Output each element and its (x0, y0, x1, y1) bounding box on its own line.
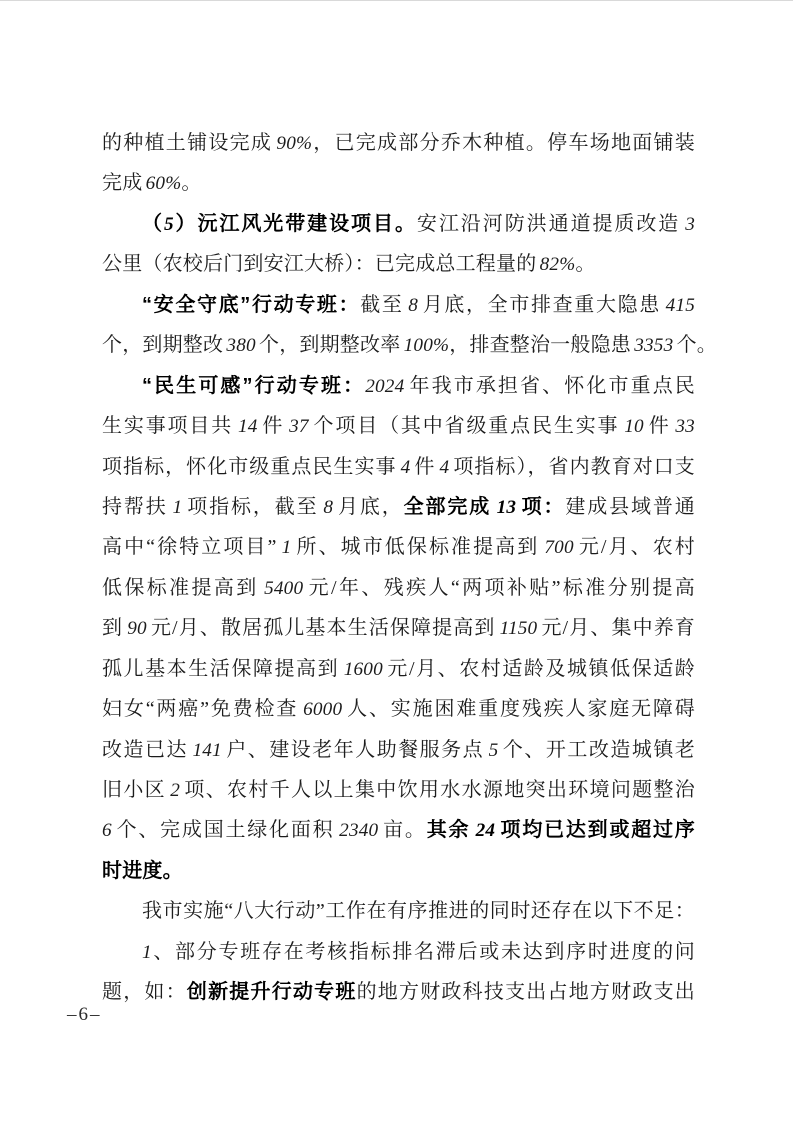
body-text: 户、建设老年人助餐服务点 (222, 739, 489, 761)
body-text: 的种植土铺设完成 (102, 132, 276, 154)
body-text: 2 (170, 780, 180, 801)
body-text: 个，到期整改 (102, 334, 226, 356)
body-text: 1150 (500, 618, 538, 639)
body-text: 项指标），省内教育对口支 (449, 456, 695, 478)
body-text: ，排查整治一般隐患 (449, 334, 634, 356)
body-text: 10 (624, 416, 644, 437)
body-text: 14 (238, 416, 258, 437)
body-text: 件 (258, 415, 290, 437)
emphasis-text: 24 (476, 820, 496, 841)
emphasis-text: 创新提升行动专班 (187, 981, 357, 1003)
body-text: 37 (289, 416, 309, 437)
body-text: 2340 (339, 820, 378, 841)
body-text: 2024 (365, 376, 404, 397)
page-number: –6– (67, 1004, 102, 1026)
body-text: 415 (666, 295, 695, 316)
text-line: 个，到期整改 380 个，到期整改率 100%，排查整治一般隐患 3353 个。 (102, 325, 695, 365)
emphasis-text: 其余 (427, 819, 476, 841)
body-text: 8 (408, 295, 418, 316)
body-text: 、部分专班存在考核指标排名滞后或未达到序时进度的问 (152, 941, 695, 963)
body-text: 到 (102, 617, 127, 639)
emphasis-text: 5 (164, 214, 174, 235)
body-text: 个。 (673, 334, 717, 356)
body-text: 5400 (264, 578, 303, 599)
body-text: 生实事项目共 (102, 415, 238, 437)
body-text: 完成 (102, 172, 146, 194)
body-text: 项、农村千人以上集中饮用水水源地突出环境问题整治 (180, 779, 695, 801)
text-line: 到 90 元/月、散居孤儿基本生活保障提高到 1150 元/月、集中养育 (102, 608, 695, 648)
text-line: “安全守底”行动专班：截至 8 月底，全市排查重大隐患 415 (102, 285, 695, 325)
text-line: 持帮扶 1 项指标，截至 8 月底，全部完成 13 项：建成县域普通 (102, 487, 695, 527)
body-text: 1 (282, 537, 292, 558)
emphasis-text: （ (142, 213, 164, 235)
body-text: 项指标，怀化市级重点民生实事 (102, 456, 401, 478)
body-text: 孤儿基本生活保障提高到 (102, 658, 344, 680)
body-text: 6 (102, 820, 112, 841)
text-line: 改造已达 141 户、建设老年人助餐服务点 5 个、开工改造城镇老 (102, 730, 695, 770)
body-text: 妇女“两癌”免费检查 (102, 698, 303, 720)
body-text: 月底，全市排查重大隐患 (418, 294, 666, 316)
body-text: 3353 (634, 335, 673, 356)
text-line: 时进度。 (102, 851, 695, 891)
document-page: 的种植土铺设完成 90%，已完成部分乔木种植。停车场地面铺装完成 60%。（5）… (0, 0, 793, 1122)
body-text: 个、开工改造城镇老 (498, 739, 695, 761)
body-text: 我市实施“八大行动”工作在有序推进的同时还存在以下不足： (142, 900, 695, 922)
body-text: 公里（农校后门到安江大桥）：已完成总工程量的 (102, 253, 540, 275)
text-line: 低保标准提高到 5400 元/年、残疾人“两项补贴”标准分别提高 (102, 568, 695, 608)
emphasis-text: 13 (497, 497, 517, 518)
body-text: 4 (440, 457, 450, 478)
body-text: 建成县域普通 (565, 496, 695, 518)
body-text: 年我市承担省、怀化市重点民 (404, 375, 695, 397)
body-text: 100% (404, 335, 450, 356)
text-line: 高中“徐特立项目” 1 所、城市低保标准提高到 700 元/月、农村 (102, 527, 695, 567)
text-line: 我市实施“八大行动”工作在有序推进的同时还存在以下不足： (102, 891, 695, 931)
text-line: 项指标，怀化市级重点民生实事 4 件 4 项指标），省内教育对口支 (102, 447, 695, 487)
text-line: 生实事项目共 14 件 37 个项目（其中省级重点民生实事 10 件 33 (102, 406, 695, 446)
body-text: 元/月、农村适龄及城镇低保适龄 (383, 658, 695, 680)
body-text: 元/月、农村 (574, 536, 695, 558)
text-line: “民生可感”行动专班：2024 年我市承担省、怀化市重点民 (102, 366, 695, 406)
body-text: 8 (323, 497, 333, 518)
body-text: 亩。 (378, 819, 426, 841)
body-text: 1600 (344, 659, 383, 680)
emphasis-text: ）沅江风光带建设项目。 (174, 213, 417, 235)
body-text: 的地方财政科技支出占地方财政支出 (357, 981, 695, 1003)
body-text: 1 (142, 942, 152, 963)
body-text: 持帮扶 (102, 496, 173, 518)
emphasis-text: 项： (516, 496, 565, 518)
body-text: 33 (675, 416, 695, 437)
text-line: 完成 60%。 (102, 163, 695, 203)
body-text: 所、城市低保标准提高到 (291, 536, 544, 558)
body-text: ，已完成部分乔木种植。停车场地面铺装 (312, 132, 695, 154)
body-text: 5 (489, 740, 499, 761)
text-line: 的种植土铺设完成 90%，已完成部分乔木种植。停车场地面铺装 (102, 123, 695, 163)
body-text: 90% (276, 133, 312, 154)
body-text: 个，到期整改率 (256, 334, 404, 356)
emphasis-text: 全部完成 (404, 496, 497, 518)
body-text: 141 (192, 740, 221, 761)
body-text: 700 (544, 537, 573, 558)
body-text: 安江沿河防洪通道提质改造 (417, 213, 685, 235)
body-text: 高中“徐特立项目” (102, 536, 282, 558)
emphasis-text: “民生可感”行动专班： (142, 375, 365, 397)
body-text: 项指标，截至 (182, 496, 323, 518)
body-text: 82% (540, 254, 576, 275)
document-body: 的种植土铺设完成 90%，已完成部分乔木种植。停车场地面铺装完成 60%。（5）… (102, 123, 695, 1013)
body-text: 4 (401, 457, 411, 478)
body-text: 。 (575, 253, 595, 275)
text-line: 6 个、完成国土绿化面积 2340 亩。其余 24 项均已达到或超过序 (102, 810, 695, 850)
body-text: 旧小区 (102, 779, 170, 801)
text-line: 1、部分专班存在考核指标排名滞后或未达到序时进度的问 (102, 932, 695, 972)
body-text: 元/月、散居孤儿基本生活保障提高到 (147, 617, 500, 639)
body-text: 。 (181, 172, 201, 194)
body-text: 1 (173, 497, 183, 518)
body-text: 题，如： (102, 981, 187, 1003)
body-text: 60% (146, 173, 182, 194)
body-text: 90 (127, 618, 147, 639)
body-text: 元/月、集中养育 (537, 617, 695, 639)
body-text: 个、完成国土绿化面积 (112, 819, 339, 841)
emphasis-text: 项均已达到或超过序 (495, 819, 695, 841)
body-text: 3 (685, 214, 695, 235)
text-line: 孤儿基本生活保障提高到 1600 元/月、农村适龄及城镇低保适龄 (102, 649, 695, 689)
text-line: 旧小区 2 项、农村千人以上集中饮用水水源地突出环境问题整治 (102, 770, 695, 810)
text-line: 公里（农校后门到安江大桥）：已完成总工程量的 82%。 (102, 244, 695, 284)
body-text: 月底， (333, 496, 404, 518)
emphasis-text: 时进度。 (102, 860, 183, 882)
body-text: 低保标准提高到 (102, 577, 264, 599)
body-text: 人、实施困难重度残疾人家庭无障碍 (342, 698, 695, 720)
body-text: 380 (226, 335, 255, 356)
text-line: 妇女“两癌”免费检查 6000 人、实施困难重度残疾人家庭无障碍 (102, 689, 695, 729)
text-line: 题，如：创新提升行动专班的地方财政科技支出占地方财政支出 (102, 972, 695, 1012)
body-text: 件 (410, 456, 439, 478)
body-text: 6000 (303, 699, 342, 720)
body-text: 元/年、残疾人“两项补贴”标准分别提高 (303, 577, 695, 599)
body-text: 截至 (360, 294, 408, 316)
body-text: 个项目（其中省级重点民生实事 (309, 415, 625, 437)
emphasis-text: “安全守底”行动专班： (142, 294, 360, 316)
body-text: 改造已达 (102, 739, 192, 761)
text-line: （5）沅江风光带建设项目。安江沿河防洪通道提质改造 3 (102, 204, 695, 244)
body-text: 件 (644, 415, 676, 437)
